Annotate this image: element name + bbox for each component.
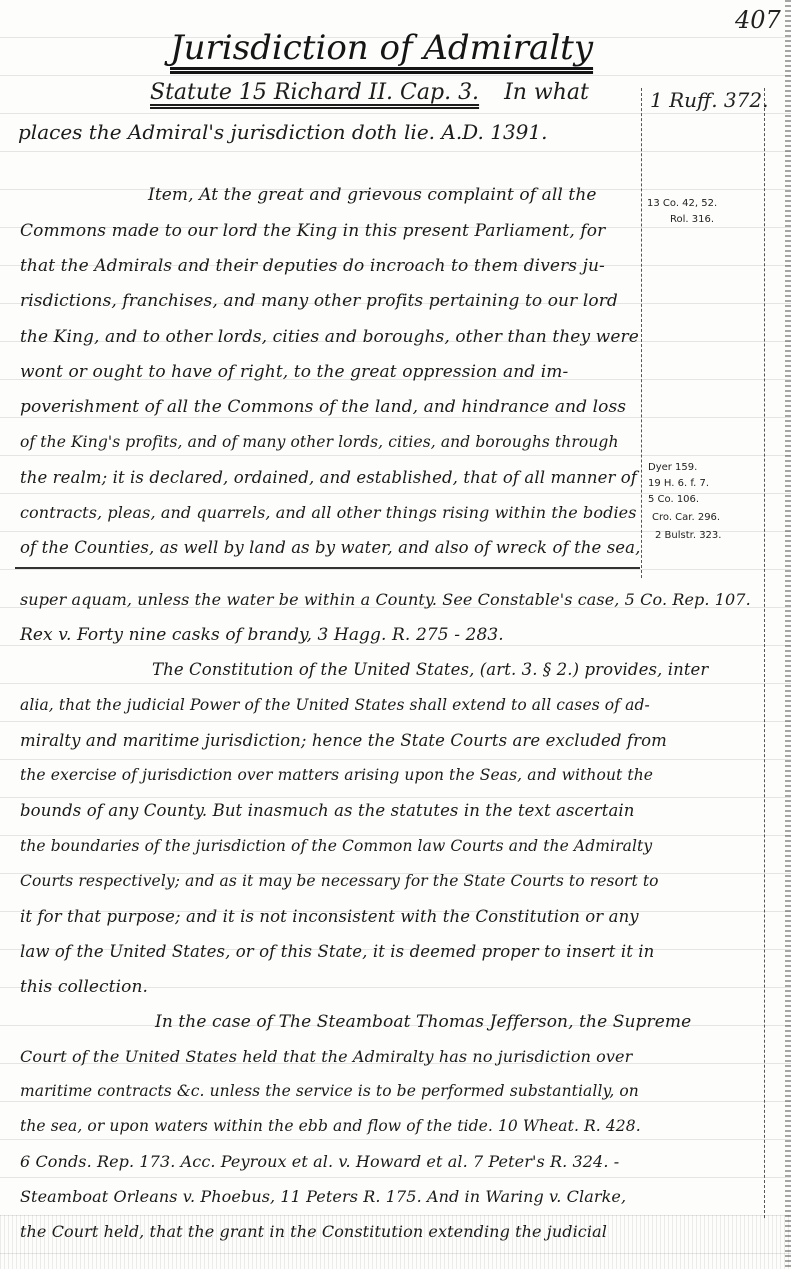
scan-edge xyxy=(785,0,791,1269)
margin-note-lower-ref: 2 Bulstr. 323. xyxy=(655,530,721,541)
statute-line: the King, and to other lords, cities and… xyxy=(20,327,639,347)
margin-note-lower-ref: Cro. Car. 296. xyxy=(652,512,720,523)
margin-note-item-ref: Rol. 316. xyxy=(670,214,714,225)
statute-line: Commons made to our lord the King in thi… xyxy=(20,221,605,241)
commentary-line: bounds of any County. But inasmuch as th… xyxy=(20,801,635,820)
statute-line: that the Admirals and their deputies do … xyxy=(20,256,605,276)
margin-note-item-ref: 13 Co. 42, 52. xyxy=(647,198,717,209)
commentary-line: Rex v. Forty nine casks of brandy, 3 Hag… xyxy=(20,625,504,645)
commentary-line: super aquam, unless the water be within … xyxy=(20,590,751,609)
commentary-line: Steamboat Orleans v. Phoebus, 11 Peters … xyxy=(20,1187,626,1206)
margin-note-lower-ref: 5 Co. 106. xyxy=(648,494,699,505)
commentary-line: the exercise of jurisdiction over matter… xyxy=(20,766,653,784)
statute-line: wont or ought to have of right, to the g… xyxy=(20,362,568,382)
commentary-line: In the case of The Steamboat Thomas Jeff… xyxy=(155,1012,691,1032)
statute-heading-line2: places the Admiral's jurisdiction doth l… xyxy=(18,120,547,144)
margin-note-lower-ref: Dyer 159. xyxy=(648,462,697,473)
commentary-line: Court of the United States held that the… xyxy=(20,1047,632,1066)
statute-line: of the King's profits, and of many other… xyxy=(20,433,619,451)
statute-heading: Statute 15 Richard II. Cap. 3. In what xyxy=(150,80,589,105)
statute-line: the realm; it is declared, ordained, and… xyxy=(20,468,637,487)
commentary-line: it for that purpose; and it is not incon… xyxy=(20,907,639,926)
commentary-line: The Constitution of the United States, (… xyxy=(152,660,708,679)
commentary-line: maritime contracts &c. unless the servic… xyxy=(20,1082,639,1100)
commentary-line: this collection. xyxy=(20,977,148,997)
commentary-line: 6 Conds. Rep. 173. Acc. Peyroux et al. v… xyxy=(20,1152,619,1171)
manuscript-page: 407 Jurisdiction of Admiralty Statute 15… xyxy=(0,0,791,1269)
commentary-line: alia, that the judicial Power of the Uni… xyxy=(20,696,650,714)
statute-line: risdictions, franchises, and many other … xyxy=(20,291,618,311)
scan-noise xyxy=(0,1215,791,1269)
commentary-line: Courts respectively; and as it may be ne… xyxy=(20,872,659,890)
page-title: Jurisdiction of Admiralty xyxy=(170,28,593,68)
commentary-line: miralty and maritime jurisdiction; hence… xyxy=(20,731,667,750)
statute-heading-rest: In what xyxy=(504,80,589,105)
statute-citation: Statute 15 Richard II. Cap. 3. xyxy=(150,80,479,105)
margin-note-lower-ref: 19 H. 6. f. 7. xyxy=(648,478,709,489)
margin-note-top: 1 Ruff. 372. xyxy=(650,88,768,112)
statute-line: contracts, pleas, and quarrels, and all … xyxy=(20,503,637,522)
margin-rule-right xyxy=(764,88,765,1218)
commentary-line: the sea, or upon waters within the ebb a… xyxy=(20,1117,641,1135)
statute-line: poverishment of all the Commons of the l… xyxy=(20,397,626,417)
section-divider xyxy=(15,567,640,569)
commentary-line: law of the United States, or of this Sta… xyxy=(20,942,654,961)
page-number: 407 xyxy=(735,6,781,34)
statute-line: Item, At the great and grievous complain… xyxy=(148,185,597,205)
statute-line: of the Counties, as well by land as by w… xyxy=(20,538,640,557)
commentary-line: the boundaries of the jurisdiction of th… xyxy=(20,837,652,855)
margin-rule-left xyxy=(641,88,642,578)
